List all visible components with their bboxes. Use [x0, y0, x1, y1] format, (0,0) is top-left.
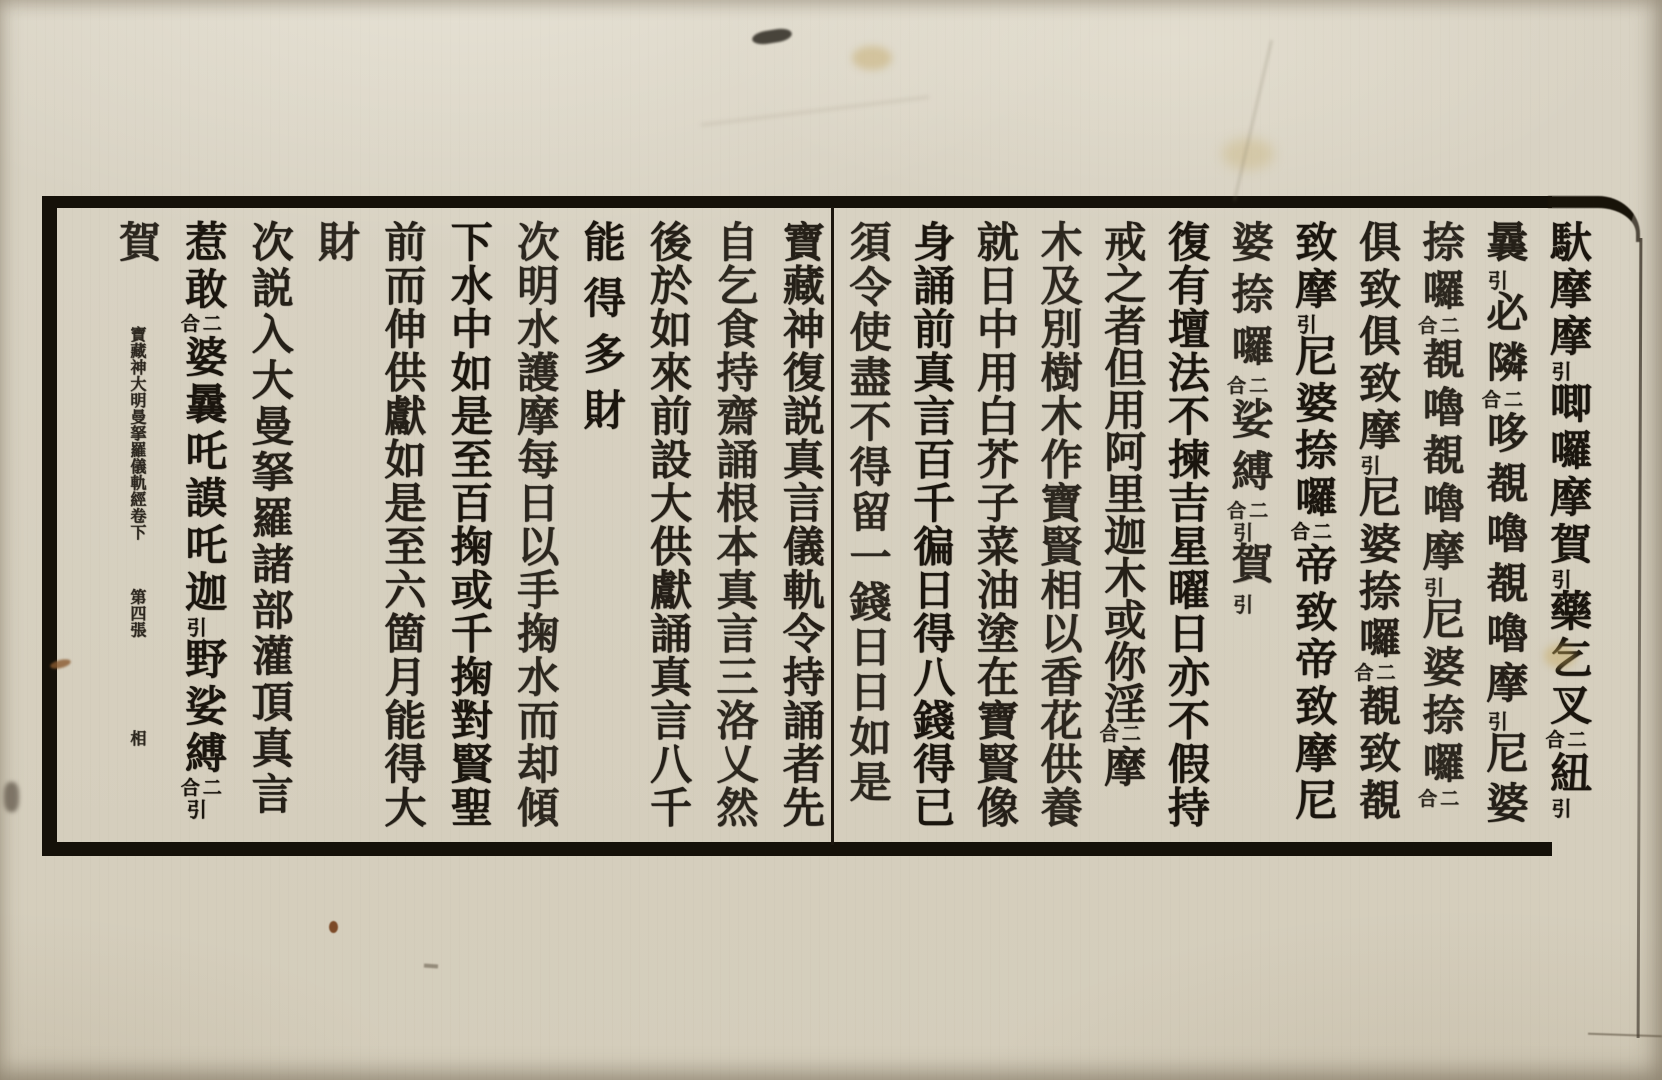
ink-smudge: [751, 27, 793, 46]
reading-mark: 二: [1376, 663, 1395, 684]
text-column-2: 曩引必隣二合哆覩嚕覩嚕摩引尼婆: [1471, 220, 1535, 836]
text-column-12: 須令使盡不得留一錢日日如是: [834, 220, 898, 836]
reading-mark: 二: [1249, 376, 1268, 397]
reading-mark: 引: [184, 617, 205, 637]
sutra-text-run: 尼婆捺囉: [1353, 475, 1402, 663]
text-column-21: 次説入大曼拏羅諸部灌頂真言: [233, 220, 299, 836]
reading-mark: 引: [1230, 522, 1251, 542]
reading-mark: 二: [1440, 789, 1459, 810]
text-column-4: 俱致俱致摩引尼婆捺囉二合覩致覩: [1343, 220, 1407, 836]
scanned-sutra-page: { "document": { "kind": "woodblock-print…: [0, 0, 1662, 1080]
reading-mark: 合: [1291, 522, 1310, 543]
sutra-text-run: 覩致覩: [1353, 684, 1402, 825]
reading-mark: 合: [181, 314, 200, 335]
colophon-text-run: 第四張: [128, 589, 147, 639]
sutra-text-run: 覩嚕覩嚕摩: [1417, 337, 1466, 577]
paper-stain: [852, 46, 892, 70]
text-column-22: 惹敢二合婆曩吒謨吒迦引野娑縛二合引: [167, 220, 233, 836]
sutra-text-run: 尼婆捺囉: [1417, 597, 1466, 789]
text-column-14: 自乞食持齋誦根本真言三洛乂然: [698, 220, 764, 836]
sutra-text-run: 必隣: [1480, 290, 1529, 390]
reading-mark-pair: 二合: [1545, 730, 1586, 751]
sutra-text-run: 惹敢: [179, 220, 228, 314]
reading-mark: 合: [1418, 789, 1437, 810]
sutra-text-run: 自乞食持齋誦根本真言三洛乂然: [710, 220, 759, 829]
sutra-text-run: 財: [312, 220, 361, 264]
sutra-text-run: 紐: [1544, 751, 1593, 798]
sutra-text-run: 尼婆: [1480, 731, 1529, 831]
reading-mark-pair: 二合: [1482, 390, 1523, 411]
sutra-text-run: 哆覩嚕覩嚕摩: [1480, 411, 1529, 711]
edge-smudge: [4, 782, 19, 812]
sutra-text-run: 婆曩吒謨吒迦: [179, 335, 228, 617]
text-columns: 馱摩摩引唧囉摩賀引藥乞叉二合紐引曩引必隣二合哆覩嚕覩嚕摩引尼婆捺囉二合覩嚕覩嚕摩…: [96, 220, 1598, 836]
sutra-text-run: 寶藏神復説真言儀軌令持誦者先: [777, 220, 826, 829]
page-bottom-edge-line: [1588, 1033, 1662, 1038]
text-column-9: 木及別樹木作寶賢相以香花供養: [1025, 220, 1089, 836]
text-column-10: 就日中用白芥子菜油塗在寶賢像: [961, 220, 1025, 836]
text-column-8: 戒之者但用阿里迦木或你淫二合摩: [1089, 220, 1153, 836]
reading-mark-pair: 二合: [1418, 789, 1459, 810]
reading-mark: 二: [1122, 724, 1141, 745]
spacer: [136, 638, 137, 730]
reading-mark: 合: [1100, 724, 1119, 745]
paper-crease: [1233, 40, 1272, 201]
reading-mark: 合: [1482, 390, 1501, 411]
text-column-19: 前而伸供獻如是至六箇月能得大: [366, 220, 432, 836]
sutra-text-run: 身誦前真言百千徧日得八錢得已: [907, 220, 956, 829]
text-column-18: 下水中如是至百掬或千掬對賢聖: [432, 220, 498, 836]
paper-crease: [424, 964, 438, 969]
sutra-text-run: 就日中用白芥子菜油塗在寶賢像: [971, 220, 1020, 829]
reading-mark: 引: [1549, 798, 1570, 818]
paper-crease: [701, 96, 930, 126]
sutra-text-run: 唧囉摩賀: [1544, 381, 1593, 569]
text-column-5: 致摩引尼婆捺囉二合帝致帝致摩尼: [1280, 220, 1344, 836]
spacer: [136, 264, 137, 326]
reading-mark: 引: [1358, 455, 1379, 475]
text-column-13: 寶藏神復説真言儀軌令持誦者先: [764, 220, 830, 836]
reading-mark: 引: [1421, 577, 1442, 597]
reading-mark: 引: [1294, 314, 1315, 334]
reading-mark: 合: [1227, 501, 1246, 522]
reading-mark: 二: [203, 778, 222, 799]
sutra-text-run: 俱致俱致摩: [1353, 220, 1402, 455]
reading-mark: 引: [1549, 361, 1570, 381]
text-column-15: 後於如來前設大供獻誦真言八千: [632, 220, 698, 836]
sutra-text-run: 尼婆捺囉: [1289, 334, 1338, 522]
sutra-text-run: 婆捺囉: [1226, 220, 1275, 376]
sutra-text-run: 捺囉: [1417, 220, 1466, 316]
sutra-text-run: 賀: [113, 220, 162, 264]
spacer: [136, 541, 137, 589]
reading-mark-pair: 二合: [1227, 376, 1268, 397]
sutra-text-run: 前而伸供獻如是至六箇月能得大: [378, 220, 427, 829]
reading-mark: 引: [1230, 594, 1251, 614]
sutra-text-run: 馱摩摩: [1544, 220, 1593, 361]
text-column-20: 財: [300, 220, 366, 836]
reading-mark: 二: [203, 314, 222, 335]
reading-mark: 二: [1440, 316, 1459, 337]
reading-mark-pair: 二合: [1227, 501, 1268, 522]
reading-mark: 合: [1545, 730, 1564, 751]
reading-mark: 引: [1485, 270, 1506, 290]
text-column-16: 能得多財: [565, 220, 631, 836]
sutra-text-run: 致摩: [1289, 220, 1338, 314]
text-column-23: 賀寶藏神大明曼拏羅儀軌經卷下第四張相: [100, 220, 166, 836]
colophon-text-run: 寶藏神大明曼拏羅儀軌經卷下: [128, 326, 147, 541]
reading-mark-pair: 二合: [1354, 663, 1395, 684]
reading-mark: 合: [1418, 316, 1437, 337]
section-divider-rule: [831, 207, 834, 845]
reading-mark-pair: 二合: [181, 778, 222, 799]
sutra-text-run: 藥乞叉: [1544, 589, 1593, 730]
sutra-text-run: 須令使盡不得留一錢日日如是: [843, 220, 892, 805]
reading-mark: 二: [1504, 390, 1523, 411]
sutra-text-run: 木及別樹木作寶賢相以香花供養: [1035, 220, 1084, 829]
text-column-1: 馱摩摩引唧囉摩賀引藥乞叉二合紐引: [1534, 220, 1598, 836]
sutra-text-run: 後於如來前設大供獻誦真言八千: [644, 220, 693, 829]
paper-stain: [1222, 138, 1274, 170]
reading-mark: 合: [1354, 663, 1373, 684]
reading-mark: 合: [1227, 376, 1246, 397]
reading-mark: 合: [181, 778, 200, 799]
sutra-text-run: 下水中如是至百掬或千掬對賢聖: [445, 220, 494, 829]
sutra-text-run: 能得多財: [578, 220, 627, 444]
reading-mark: 二: [1313, 522, 1332, 543]
reading-mark: 二: [1249, 501, 1268, 522]
sutra-text-run: 賀: [1226, 542, 1275, 594]
reading-mark-pair: 二合: [1418, 316, 1459, 337]
sutra-text-run: 摩: [1098, 745, 1147, 787]
text-column-6: 婆捺囉二合娑縛二合引賀引: [1216, 220, 1280, 836]
reading-mark: 引: [1485, 711, 1506, 731]
sutra-text-run: 帝致帝致摩尼: [1289, 543, 1338, 825]
text-column-7: 復有壇法不揀吉星曜日亦不假持: [1152, 220, 1216, 836]
sutra-text-run: 復有壇法不揀吉星曜日亦不假持: [1162, 220, 1211, 829]
sutra-text-run: 曩: [1480, 220, 1529, 270]
page-fold-edge-line: [1637, 238, 1643, 1038]
sutra-text-run: 娑縛: [1226, 397, 1275, 501]
reading-mark: 二: [1568, 730, 1587, 751]
text-column-11: 身誦前真言百千徧日得八錢得已: [897, 220, 961, 836]
sutra-text-run: 次明水護摩每日以手掬水而却傾: [511, 220, 560, 829]
sutra-text-run: 次説入大曼拏羅諸部灌頂真言: [246, 220, 295, 818]
colophon-text-run: 相: [128, 730, 147, 747]
text-column-3: 捺囉二合覩嚕覩嚕摩引尼婆捺囉二合: [1407, 220, 1471, 836]
text-column-17: 次明水護摩每日以手掬水而却傾: [499, 220, 565, 836]
reading-mark-pair: 二合: [1291, 522, 1332, 543]
reading-mark-pair: 二合: [1100, 724, 1141, 745]
reading-mark: 引: [1549, 569, 1570, 589]
paper-speck: [329, 921, 338, 933]
reading-mark-pair: 二合: [181, 314, 222, 335]
reading-mark: 引: [184, 799, 205, 819]
sutra-text-run: 野娑縛: [179, 637, 228, 778]
sutra-text-run: 戒之者但用阿里迦木或你淫: [1098, 220, 1147, 724]
